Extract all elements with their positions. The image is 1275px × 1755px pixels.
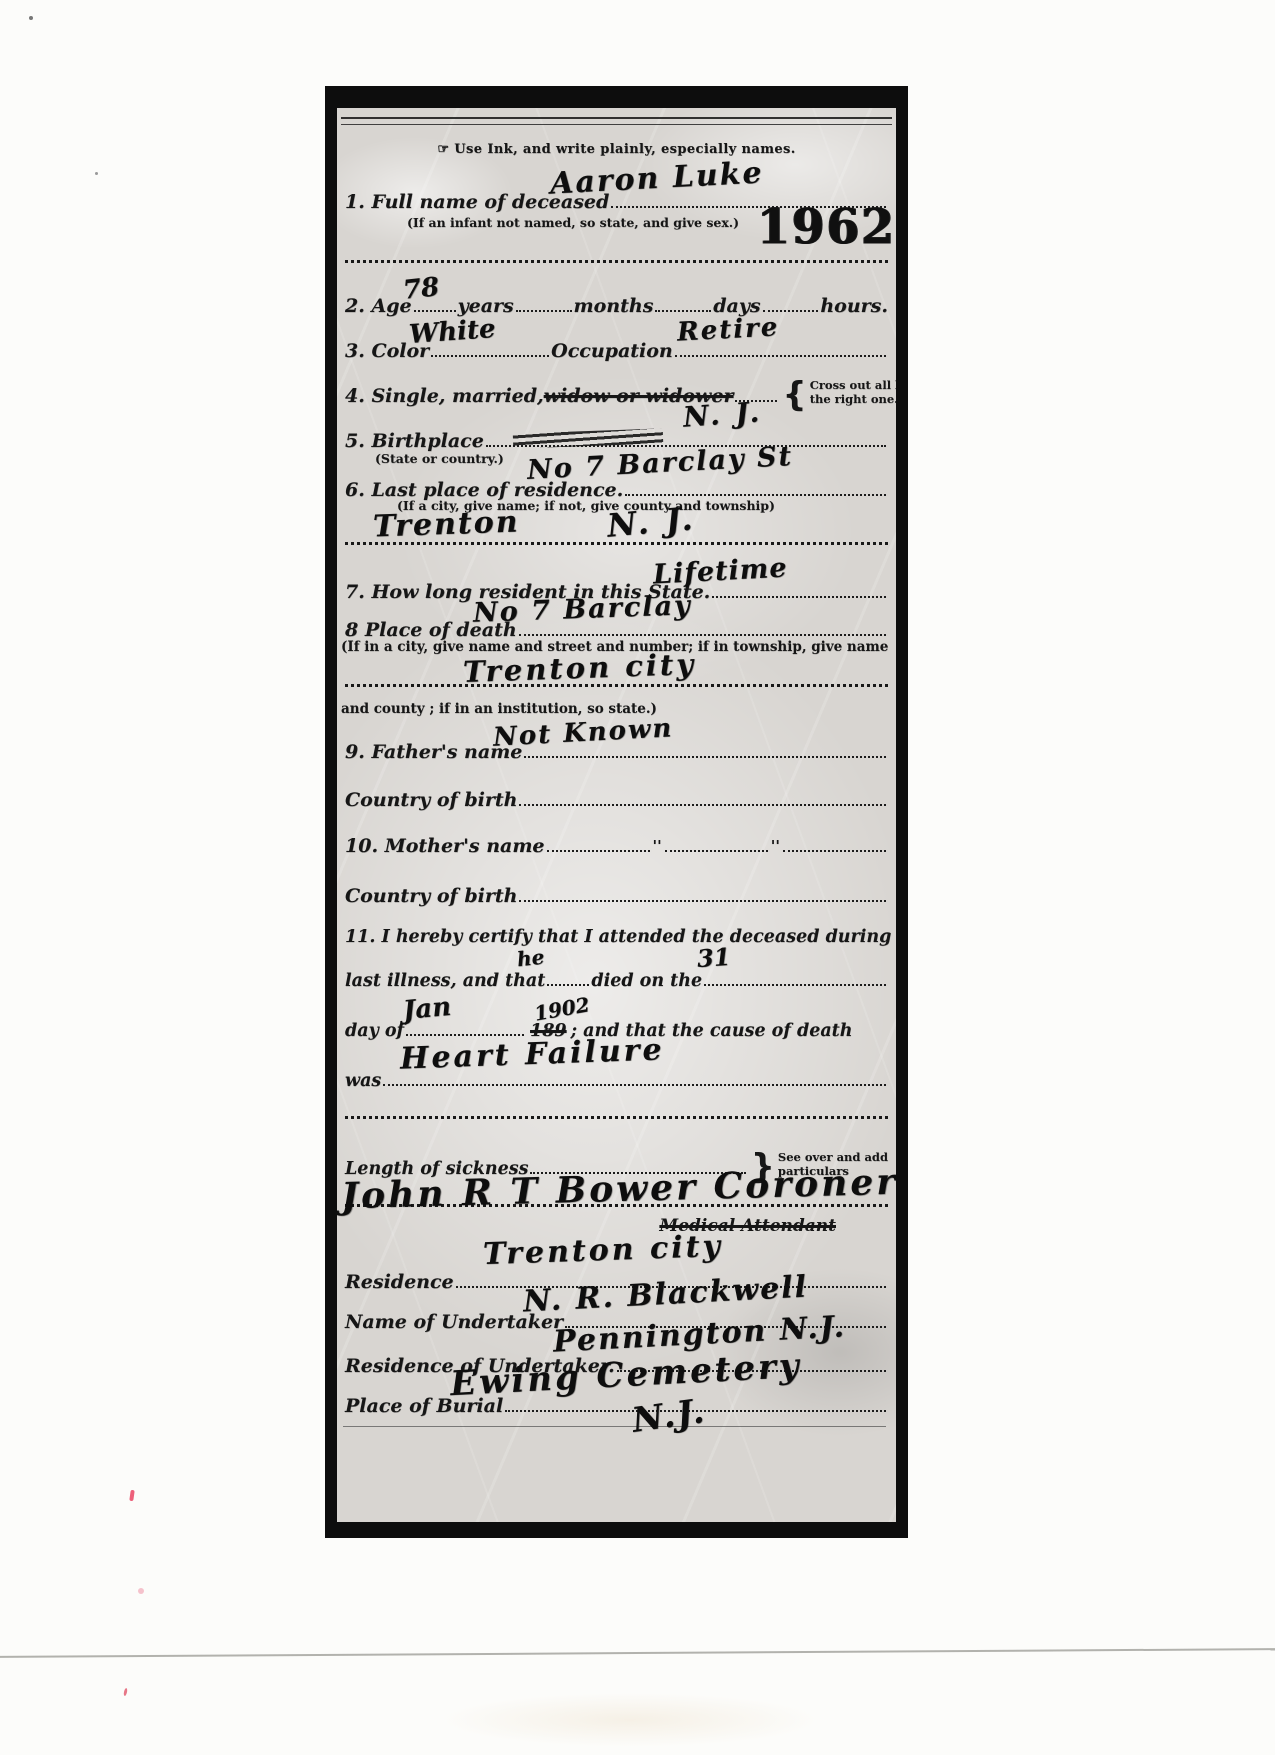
handwritten-death-city: Trenton city — [463, 650, 697, 687]
certification-line1: 11. I hereby certify that I attended the… — [345, 920, 888, 946]
dotted-leader — [516, 310, 572, 312]
handwritten-color: White — [408, 316, 496, 348]
dotted-leader — [547, 984, 589, 986]
certify-text: 11. I hereby certify that I attended the… — [345, 929, 896, 947]
dotted-leader — [547, 850, 650, 852]
unit-hours: hours. — [820, 297, 888, 316]
dotted-leader — [712, 596, 886, 598]
field-place-of-burial: Place of Burial Ewing Cemetery — [345, 1390, 888, 1416]
field-marital-status: 4. Single, married, widow or widower { C… — [345, 376, 888, 406]
field-place-of-death: 8 Place of death No 7 Barclay — [345, 614, 888, 640]
field-last-residence: 6. Last place of residence. No 7 Barclay… — [345, 474, 888, 500]
handwritten-he: he — [516, 947, 545, 970]
handwritten-residency: Lifetime — [652, 554, 788, 588]
dotted-leader — [414, 310, 456, 312]
dotted-leader — [524, 756, 886, 758]
scanned-page: { "page": { "instruction": "☞ Use Ink, a… — [0, 0, 1275, 1755]
field-mother-name: 10. Mother's name '' '' — [345, 830, 888, 856]
dotted-leader — [655, 310, 711, 312]
bottom-rule — [343, 1426, 886, 1427]
note-line: the right one. — [810, 393, 896, 405]
field-subcaption: (State or country.) — [375, 452, 504, 466]
field-label: 2. Age — [345, 297, 412, 316]
handwritten-occupation: Retire — [676, 314, 780, 345]
red-ink-speck — [129, 1490, 134, 1501]
unit-years: years — [458, 297, 514, 316]
dotted-leader — [665, 850, 768, 852]
dotted-leader — [383, 1084, 886, 1086]
handwritten-state: N. J. — [606, 502, 697, 542]
handwritten-father-name: Not Known — [492, 715, 673, 750]
handwritten-place-of-death: No 7 Barclay — [473, 592, 693, 627]
field-label: Country of birth — [345, 791, 517, 810]
note-line: Cross out all but — [810, 379, 896, 391]
brace-glyph: { — [782, 384, 806, 408]
handwritten-cause-of-death: Heart Failure — [400, 1035, 665, 1074]
certify-text: was — [345, 1073, 381, 1091]
handwritten-birthplace: N. J. — [682, 398, 763, 431]
handwritten-full-name: Aaron Luke — [549, 158, 764, 199]
field-label: Residence — [345, 1273, 454, 1292]
scan-artifact-line — [0, 1648, 1275, 1657]
red-ink-speck — [138, 1588, 144, 1594]
photo-frame: ☞ Use Ink, and write plainly, especially… — [325, 86, 908, 1538]
form-instruction: ☞ Use Ink, and write plainly, especially… — [337, 142, 896, 157]
dotted-leader — [431, 355, 549, 357]
field-birthplace: 5. Birthplace N. J. — [345, 425, 888, 451]
field-father-name: 9. Father's name Not Known — [345, 736, 888, 762]
field-label: 10. Mother's name — [345, 837, 545, 856]
scan-discoloration — [420, 1690, 840, 1750]
dotted-leader — [406, 1034, 524, 1036]
certify-text: day of — [345, 1023, 404, 1041]
field-label: 4. Single, married, — [345, 387, 544, 406]
dotted-line — [345, 1116, 888, 1119]
occupation-label: Occupation — [551, 342, 673, 361]
top-double-rule — [341, 117, 892, 125]
dotted-line: Trenton city — [345, 684, 888, 687]
scan-speck — [29, 16, 33, 20]
dotted-leader — [625, 494, 886, 496]
handwritten-month: Jan — [402, 994, 452, 1024]
dotted-leader — [704, 984, 886, 986]
field-subcaption: and county ; if in an institution, so st… — [341, 702, 657, 717]
ditto-mark: '' — [771, 837, 780, 855]
dotted-leader — [519, 900, 886, 902]
ditto-mark: '' — [653, 837, 662, 855]
dotted-line: Trenton N. J. — [345, 542, 888, 545]
certification-line2: last illness, and that he died on the 31 — [345, 964, 888, 990]
certify-text: last illness, and that — [345, 973, 545, 991]
marginal-note: Cross out all but the right one. — [810, 379, 896, 406]
certificate-number-stamp: 1962 — [757, 203, 896, 252]
scan-speck — [95, 172, 98, 175]
handwritten-day: 31 — [696, 945, 731, 971]
field-age: 2. Age 78 years months days hours. — [345, 290, 888, 316]
certify-text: died on the — [591, 973, 702, 991]
dotted-leader — [675, 355, 886, 357]
field-father-country: Country of birth — [345, 784, 888, 810]
field-mother-country: Country of birth — [345, 880, 888, 906]
handwritten-age: 78 — [402, 274, 441, 304]
field-subcaption: (If an infant not named, so state, and g… — [407, 216, 739, 230]
death-certificate-card: ☞ Use Ink, and write plainly, especially… — [337, 108, 896, 1522]
handwritten-year: 1902 — [533, 994, 591, 1023]
unit-months: months — [574, 297, 654, 316]
dotted-leader — [519, 804, 886, 806]
red-ink-speck — [123, 1688, 128, 1696]
field-color-occupation: 3. Color White Occupation Retire — [345, 335, 888, 361]
dotted-line — [345, 260, 888, 263]
field-label: Country of birth — [345, 887, 517, 906]
dotted-leader — [783, 850, 886, 852]
certification-line4: was Heart Failure — [345, 1064, 888, 1090]
dotted-leader — [519, 634, 886, 636]
handwritten-attendant-residence: Trenton city — [483, 1232, 724, 1270]
handwritten-city: Trenton — [373, 507, 520, 542]
field-label: 5. Birthplace — [345, 432, 484, 451]
